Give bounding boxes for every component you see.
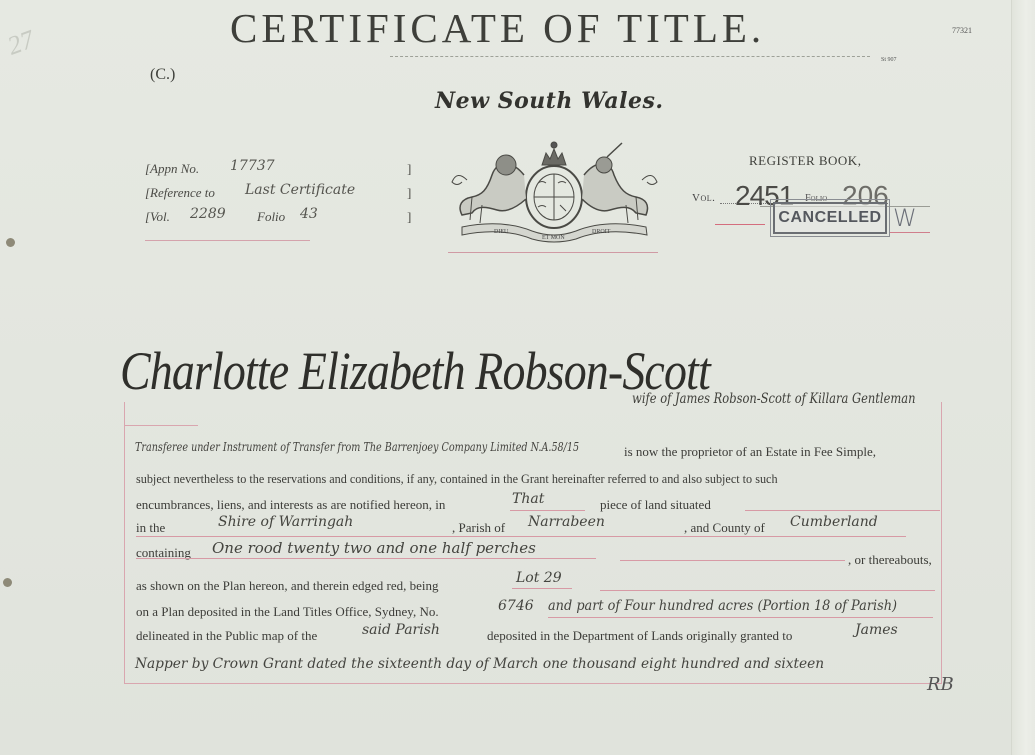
form-letter: (C.): [150, 66, 175, 84]
delineated-text: delineated in the Public map of the: [136, 628, 317, 644]
crown-grant-clause: Napper by Crown Grant dated the sixteent…: [135, 656, 824, 672]
reservations-text: subject nevertheless to the reservations…: [136, 472, 778, 487]
box-top-rule: [124, 425, 198, 426]
plan-extra: and part of Four hundred acres (Portion …: [548, 598, 897, 614]
reference-value: Last Certificate: [245, 182, 355, 198]
proprietor-estate-text: is now the proprietor of an Estate in Fe…: [624, 444, 876, 460]
vol-value: 2289: [190, 206, 226, 222]
rule: [136, 536, 906, 537]
shown-on-plan-text: as shown on the Plan hereon, and therein…: [136, 578, 439, 594]
reference-number: 77321: [952, 26, 972, 35]
transferee-clause: Transferee under Instrument of Transfer …: [135, 440, 579, 454]
svg-text:DROIT: DROIT: [592, 229, 611, 235]
vol-label: [Vol.: [145, 209, 170, 225]
stamp-initial: W: [893, 204, 917, 232]
bracket: ]: [407, 185, 411, 201]
page-edge: [1011, 0, 1035, 755]
register-book-heading: REGISTER BOOK,: [749, 153, 861, 169]
app-no-label: [Appn No.: [145, 161, 199, 177]
county-value: Cumberland: [790, 514, 878, 530]
plan-number: 6746: [498, 598, 534, 614]
jurisdiction-heading: New South Wales.: [435, 88, 664, 114]
initials-mark: RB: [927, 674, 954, 695]
binder-hole-top: [6, 238, 15, 247]
proprietor-name: Charlotte Elizabeth Robson-Scott: [120, 340, 710, 402]
rule: [620, 560, 845, 561]
rule: [512, 588, 572, 589]
arms-rule: [448, 252, 658, 253]
bracket: ]: [407, 209, 411, 225]
app-no-value: 17737: [230, 158, 275, 174]
parish-value: Narrabeen: [528, 514, 605, 530]
form-code: St 907: [881, 57, 897, 63]
piece-descriptor: That: [512, 491, 544, 507]
certificate-page: 27 CERTIFICATE OF TITLE. 77321 St 907 (C…: [0, 0, 1035, 755]
plan-deposited-text: on a Plan deposited in the Land Titles O…: [136, 604, 439, 620]
encumbrances-text: encumbrances, liens, and interests as ar…: [136, 497, 445, 513]
reference-row: [Reference to Last Certificate ]: [145, 182, 420, 206]
thereabouts-text: , or thereabouts,: [848, 552, 932, 568]
shire-value: Shire of Warringah: [218, 514, 353, 530]
binder-hole-bottom: [3, 578, 12, 587]
reference-underline: [145, 240, 310, 241]
svg-text:DIEU: DIEU: [494, 229, 509, 235]
parish-label: , Parish of: [452, 520, 505, 536]
deposited-text: deposited in the Department of Lands ori…: [487, 628, 792, 644]
svg-text:ET MON: ET MON: [542, 235, 565, 241]
royal-coat-of-arms-icon: DIEU ET MON DROIT: [442, 135, 667, 247]
register-vol-label: Vol.: [692, 192, 715, 204]
area-value: One rood twenty two and one half perches: [212, 539, 536, 557]
rule: [600, 590, 935, 591]
rule: [136, 558, 596, 559]
lot-value: Lot 29: [516, 570, 562, 586]
county-label: , and County of: [684, 520, 765, 536]
rule: [745, 510, 940, 511]
rule: [548, 617, 933, 618]
rule: [510, 510, 585, 511]
cancelled-stamp: CANCELLED: [773, 202, 887, 234]
grantee-first-name: James: [855, 622, 898, 638]
document-title: CERTIFICATE OF TITLE.: [230, 4, 765, 52]
reference-label: [Reference to: [145, 185, 215, 201]
title-rule: [390, 56, 870, 58]
register-red-rule-2: [890, 232, 930, 233]
pencil-margin-mark: 27: [4, 24, 39, 61]
application-reference: [Appn No. 17737 ] [Reference to Last Cer…: [145, 158, 420, 230]
vol-folio-row: [Vol. 2289 Folio 43 ]: [145, 206, 420, 230]
in-the-label: in the: [136, 520, 165, 536]
folio-value: 43: [300, 206, 318, 222]
folio-label: Folio: [257, 209, 285, 225]
register-red-rule: [715, 224, 765, 225]
land-situated-text: piece of land situated: [600, 497, 711, 513]
delineated-value: said Parish: [362, 622, 440, 638]
bracket: ]: [407, 161, 411, 177]
app-no-row: [Appn No. 17737 ]: [145, 158, 420, 182]
